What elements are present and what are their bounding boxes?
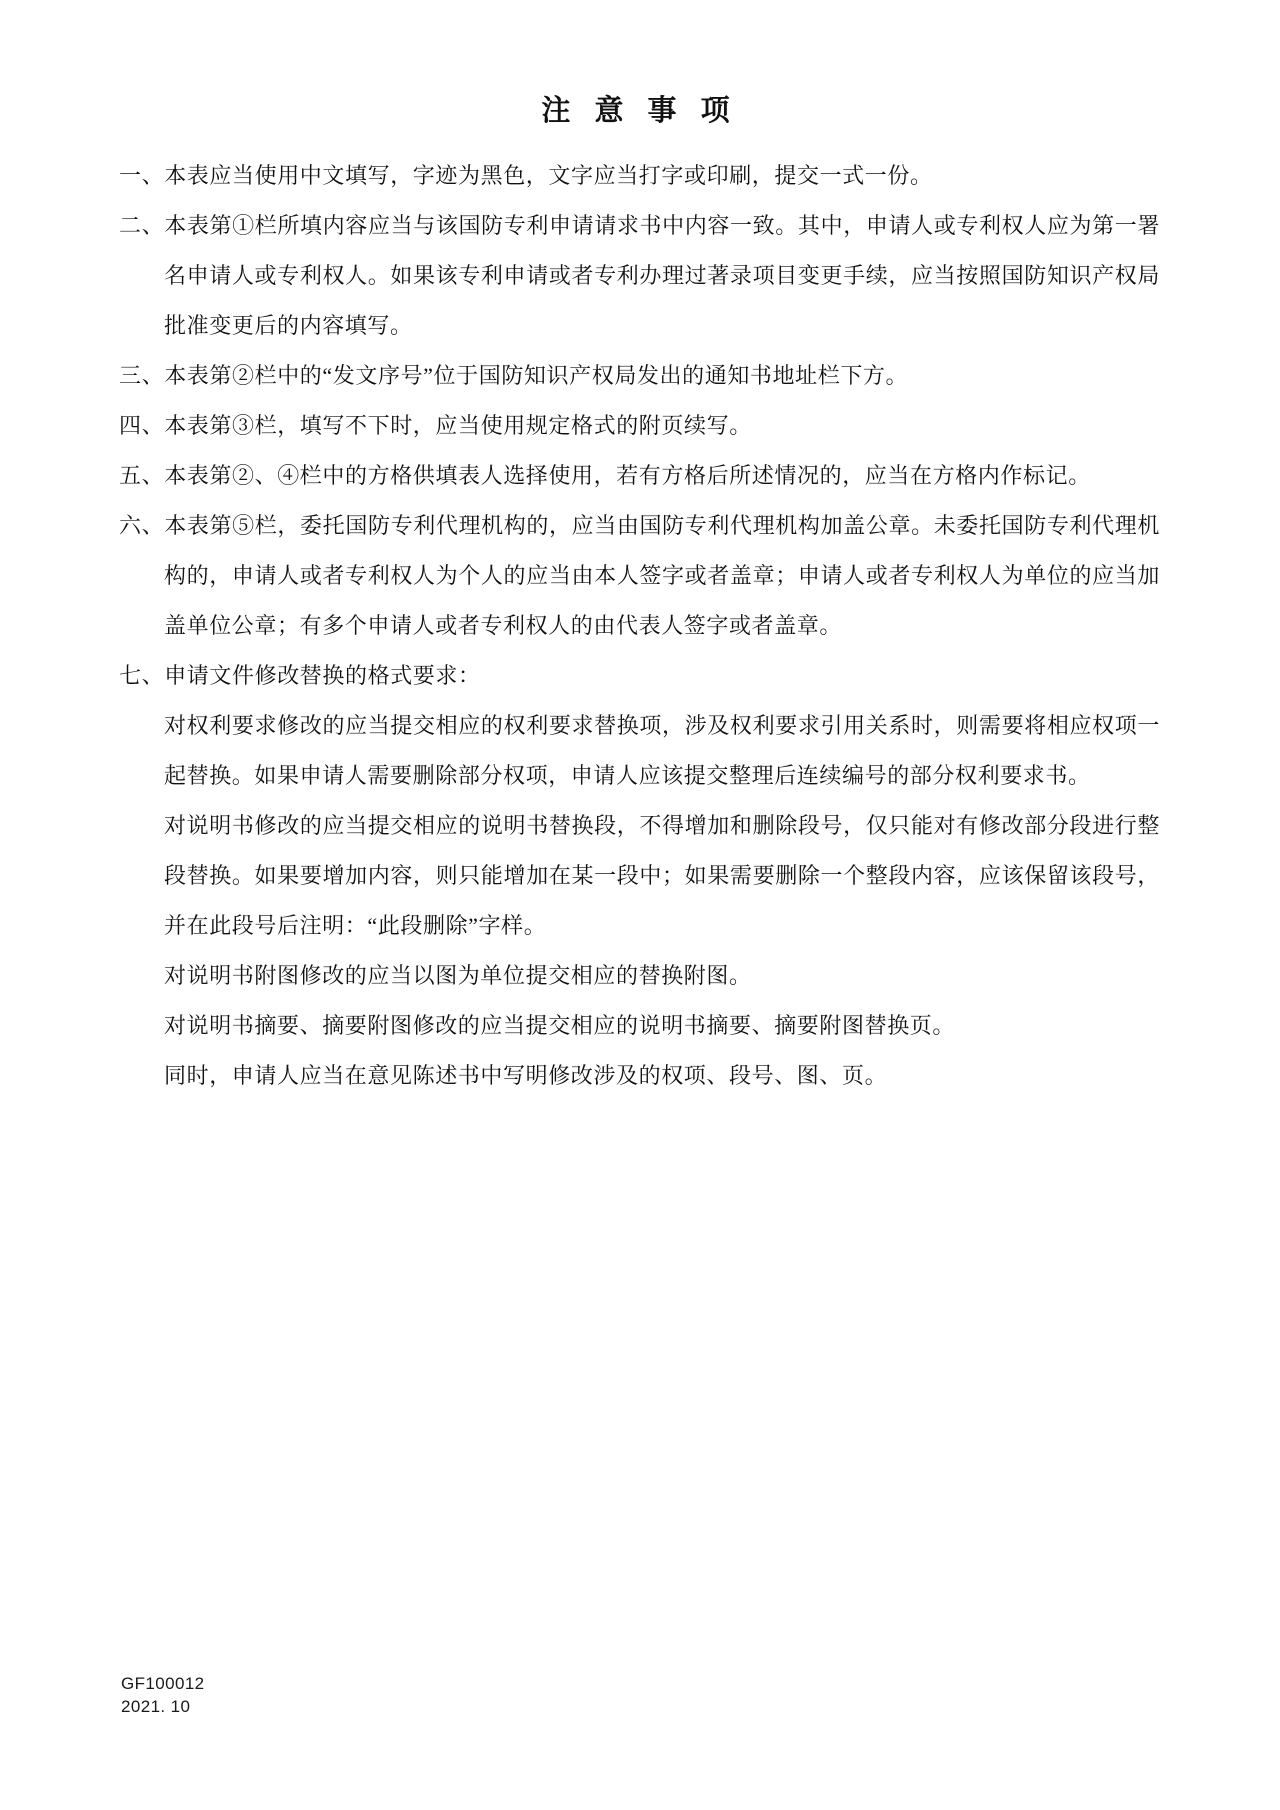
note-item-marker: 七、	[119, 663, 164, 688]
note-item-6: 六、本表第⑤栏，委托国防专利代理机构的，应当由国防专利代理机构加盖公章。未委托国…	[119, 501, 1160, 651]
form-code: GF100012	[121, 1672, 205, 1695]
note-7-sub-paragraph-3: 对说明书附图修改的应当以图为单位提交相应的替换附图。	[119, 951, 1160, 1001]
note-item-4: 四、本表第③栏，填写不下时，应当使用规定格式的附页续写。	[119, 401, 1160, 451]
note-item-2: 二、本表第①栏所填内容应当与该国防专利申请请求书中内容一致。其中，申请人或专利权…	[119, 201, 1160, 351]
note-item-text: 本表应当使用中文填写，字迹为黑色，文字应当打字或印刷，提交一式一份。	[164, 163, 932, 188]
note-7-sub-paragraph-2: 对说明书修改的应当提交相应的说明书替换段，不得增加和删除段号，仅只能对有修改部分…	[119, 801, 1160, 951]
notes-list: 一、本表应当使用中文填写，字迹为黑色，文字应当打字或印刷，提交一式一份。 二、本…	[119, 151, 1160, 1101]
note-7-sub-paragraph-4: 对说明书摘要、摘要附图修改的应当提交相应的说明书摘要、摘要附图替换页。	[119, 1001, 1160, 1051]
page-title: 注 意 事 项	[119, 96, 1160, 126]
note-7-sub-paragraph-5: 同时，申请人应当在意见陈述书中写明修改涉及的权项、段号、图、页。	[119, 1051, 1160, 1101]
form-version-date: 2021. 10	[121, 1695, 205, 1718]
note-item-1: 一、本表应当使用中文填写，字迹为黑色，文字应当打字或印刷，提交一式一份。	[119, 151, 1160, 201]
note-item-3: 三、本表第②栏中的“发文序号”位于国防知识产权局发出的通知书地址栏下方。	[119, 351, 1160, 401]
note-item-text: 本表第③栏，填写不下时，应当使用规定格式的附页续写。	[164, 413, 752, 438]
note-item-marker: 三、	[119, 363, 164, 388]
note-item-text: 申请文件修改替换的格式要求：	[164, 663, 480, 688]
note-item-marker: 二、	[119, 213, 164, 238]
note-item-marker: 四、	[119, 413, 164, 438]
note-item-text: 本表第⑤栏，委托国防专利代理机构的，应当由国防专利代理机构加盖公章。未委托国防专…	[164, 513, 1160, 638]
page-footer: GF100012 2021. 10	[121, 1672, 205, 1718]
note-item-text: 本表第②、④栏中的方格供填表人选择使用，若有方格后所述情况的，应当在方格内作标记…	[164, 463, 1091, 488]
note-item-text: 本表第①栏所填内容应当与该国防专利申请请求书中内容一致。其中，申请人或专利权人应…	[164, 213, 1160, 338]
note-item-marker: 五、	[119, 463, 164, 488]
note-item-5: 五、本表第②、④栏中的方格供填表人选择使用，若有方格后所述情况的，应当在方格内作…	[119, 451, 1160, 501]
note-item-7: 七、申请文件修改替换的格式要求：	[119, 651, 1160, 701]
note-7-sub-paragraph-1: 对权利要求修改的应当提交相应的权利要求替换项，涉及权利要求引用关系时，则需要将相…	[119, 701, 1160, 801]
note-item-text: 本表第②栏中的“发文序号”位于国防知识产权局发出的通知书地址栏下方。	[164, 363, 908, 388]
note-item-marker: 六、	[119, 513, 164, 538]
note-item-marker: 一、	[119, 163, 164, 188]
